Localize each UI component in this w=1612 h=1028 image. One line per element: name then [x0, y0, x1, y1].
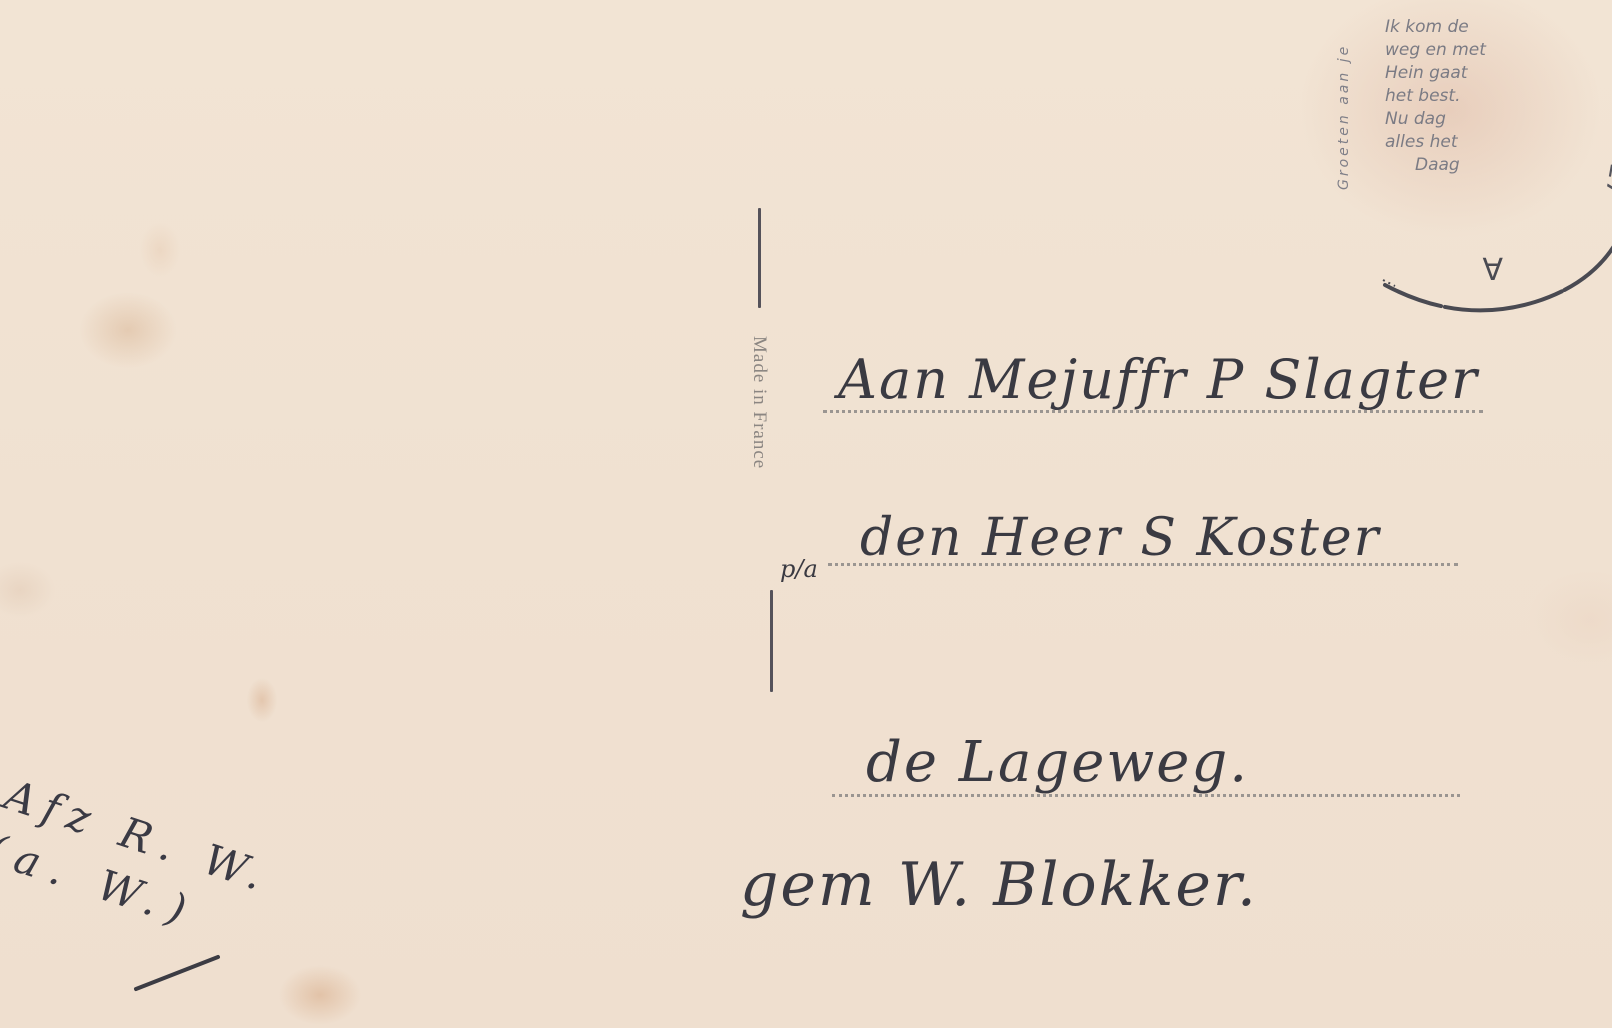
- address-care-of-prefix: p/a: [780, 555, 818, 583]
- address-line-municipality: gem W. Blokker.: [740, 850, 1258, 920]
- postcard-back: Made in France Aan Mejuffr P Slagter p/a…: [0, 0, 1612, 1028]
- address-line-recipient: Aan Mejuffr P Slagter: [838, 348, 1479, 411]
- divider-line-bottom: [770, 590, 773, 692]
- pencil-note-side: Groeten aan je: [1336, 20, 1352, 190]
- address-line-care-of: den Heer S Koster: [860, 508, 1380, 568]
- corner-note: Afz R. W. (a. W.): [0, 770, 279, 957]
- postmark-stamp: A 1927: [1365, 0, 1612, 320]
- address-line-street: de Lageweg.: [866, 730, 1249, 795]
- postmark-letter: A: [1482, 250, 1503, 285]
- divider-line-top: [758, 208, 761, 308]
- postmark-year: 1927: [1599, 129, 1612, 199]
- corner-note-stroke: [130, 945, 230, 995]
- made-in-france-imprint: Made in France: [748, 336, 770, 469]
